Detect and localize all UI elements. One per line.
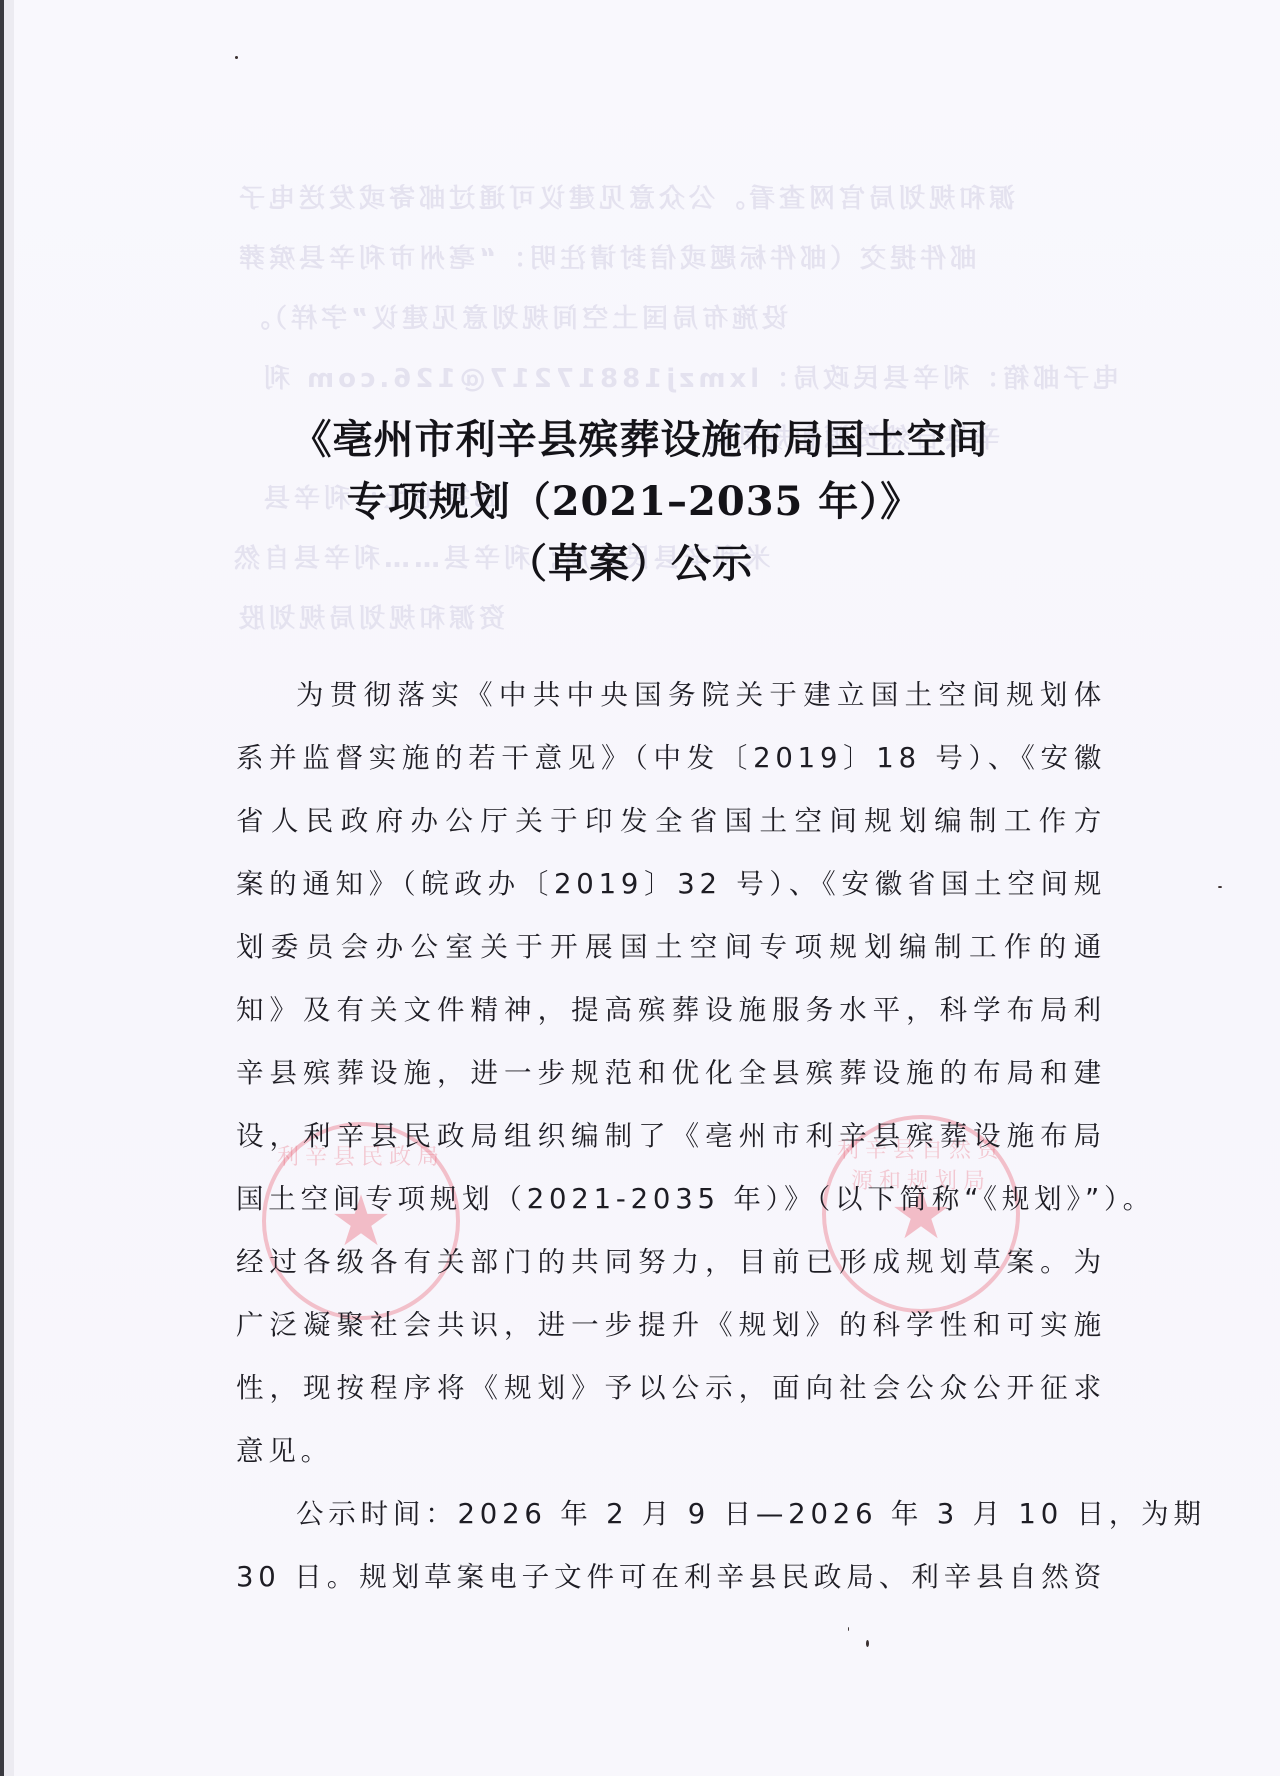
- bleed-through-line: 电子邮箱：利辛县民政局：lxmzj18817217@126.com 利: [260, 358, 1119, 395]
- body-line: 知》及有关文件精神，提高殡葬设施服务水平，科学布局利: [236, 987, 1106, 1027]
- body-line: 系并监督实施的若干意见》（中发〔2019〕18 号）、《安徽: [236, 735, 1106, 775]
- bleed-through-line: 邮件提交（邮件标题或信封请注明：“亳州市利辛县殡葬: [235, 238, 976, 275]
- bleed-through-line: 设施布局国土空间规划意见建议”字样）。: [240, 298, 788, 335]
- body-line: 案的通知》（皖政办〔2019〕32 号）、《安徽省国土空间规: [236, 861, 1106, 901]
- document-title-line-3: （草案）公示: [0, 532, 1270, 589]
- body-line: 设，利辛县民政局组织编制了《亳州市利辛县殡葬设施布局: [236, 1113, 1106, 1153]
- body-line: 划委员会办公室关于开展国土空间专项规划编制工作的通: [236, 924, 1106, 964]
- scan-speck: [866, 1640, 869, 1647]
- bleed-through-line: 资源和规划局规划股: [235, 598, 505, 635]
- body-line: 国土空间专项规划（2021-2035 年）》（以下简称“《规划》”）。: [236, 1176, 1106, 1216]
- scan-speck: [1218, 886, 1222, 888]
- scan-speck: [235, 56, 238, 59]
- body-line: 30 日。规划草案电子文件可在利辛县民政局、利辛县自然资: [236, 1554, 1106, 1594]
- body-line: 性，现按程序将《规划》予以公示，面向社会公众公开征求: [236, 1365, 1106, 1405]
- body-line: 广泛凝聚社会共识，进一步提升《规划》的科学性和可实施: [236, 1302, 1106, 1342]
- body-line: 意见。: [236, 1428, 1106, 1468]
- document-title-line-1: 《亳州市利辛县殡葬设施布局国土空间: [0, 408, 1280, 465]
- document-title-line-2: 专项规划（2021–2035 年）》: [0, 470, 1274, 527]
- bleed-through-line: 源和规划局官网查看。公众意见建议可通过邮寄或发送电子: [235, 178, 1015, 215]
- body-line: 经过各级各有关部门的共同努力，目前已形成规划草案。为: [236, 1239, 1106, 1279]
- notice-period-line: 公示时间：2026 年 2 月 9 日—2026 年 3 月 10 日，为期: [296, 1491, 1106, 1531]
- body-line: 省人民政府办公厅关于印发全省国土空间规划编制工作方: [236, 798, 1106, 838]
- body-line: 辛县殡葬设施，进一步规范和优化全县殡葬设施的布局和建: [236, 1050, 1106, 1090]
- scan-speck: [848, 1627, 849, 1631]
- body-line: 为贯彻落实《中共中央国务院关于建立国土空间规划体: [296, 672, 1106, 712]
